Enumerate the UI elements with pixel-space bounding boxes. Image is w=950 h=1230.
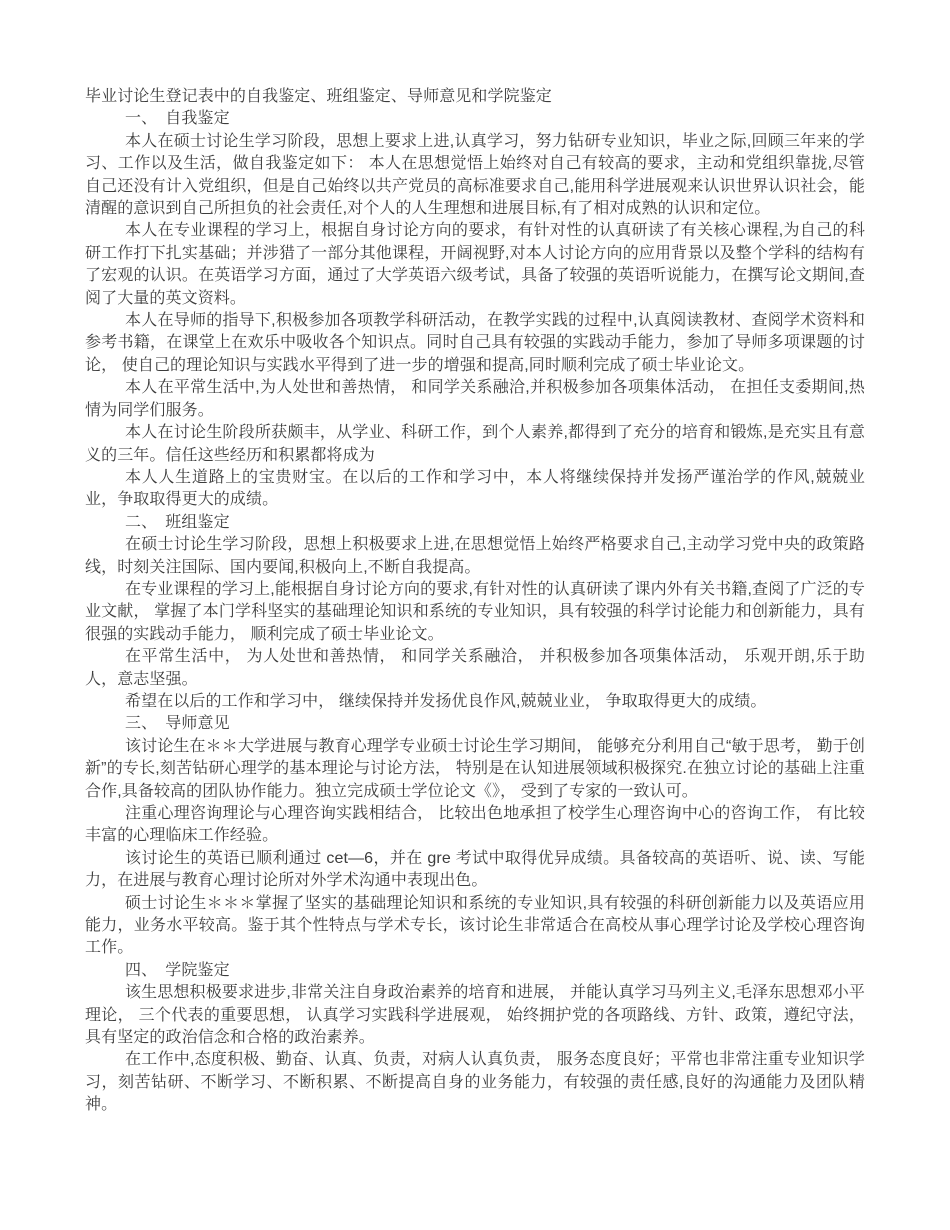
paragraph: 硕士讨论生＊＊＊掌握了坚实的基础理论知识和系统的专业知识,具有较强的科研创新能力… <box>85 893 865 960</box>
paragraph: 该生思想积极要求进步,非常关注自身政治素养的培育和进展， 并能认真学习马列主义,… <box>85 982 865 1049</box>
paragraph: 本人在导师的指导下,积极参加各项教学科研活动，在教学实践的过程中,认真阅读教材、… <box>85 310 865 377</box>
paragraph: 本人人生道路上的宝贵财宝。在以后的工作和学习中，本人将继续保持并发扬严谨治学的作… <box>85 467 865 512</box>
paragraph: 本人在硕士讨论生学习阶段，思想上要求上进,认真学习，努力钻研专业知识，毕业之际,… <box>85 131 865 221</box>
paragraph: 本人在平常生活中,为人处世和善热情， 和同学关系融洽,并积极参加各项集体活动， … <box>85 377 865 422</box>
paragraph: 该讨论生在＊＊大学进展与教育心理学专业硕士讨论生学习期间， 能够充分利用自己“敏… <box>85 736 865 803</box>
document-sections: 一、 自我鉴定本人在硕士讨论生学习阶段，思想上要求上进,认真学习，努力钻研专业知… <box>85 108 865 1116</box>
paragraph: 在工作中,态度积极、勤奋、认真、负责，对病人认真负责， 服务态度良好；平常也非常… <box>85 1049 865 1116</box>
paragraph: 注重心理咨询理论与心理咨询实践相结合， 比较出色地承担了校学生心理咨询中心的咨询… <box>85 803 865 848</box>
section-heading: 二、 班组鉴定 <box>85 512 865 534</box>
paragraph: 该讨论生的英语已顺利通过 cet—6，并在 gre 考试中取得优异成绩。具备较高… <box>85 848 865 893</box>
paragraph: 在平常生活中， 为人处世和善热情， 和同学关系融洽， 并积极参加各项集体活动， … <box>85 646 865 691</box>
document-body: 毕业讨论生登记表中的自我鉴定、班组鉴定、导师意见和学院鉴定 一、 自我鉴定本人在… <box>85 86 865 1117</box>
section-heading: 四、 学院鉴定 <box>85 960 865 982</box>
paragraph: 希望在以后的工作和学习中， 继续保持并发扬优良作风,兢兢业业， 争取取得更大的成… <box>85 691 865 713</box>
page: { "page": { "background_color": "#ffffff… <box>0 0 950 1230</box>
paragraph: 在专业课程的学习上,能根据自身讨论方向的要求,有针对性的认真研读了课内外有关书籍… <box>85 579 865 646</box>
section-heading: 三、 导师意见 <box>85 713 865 735</box>
section-heading: 一、 自我鉴定 <box>85 108 865 130</box>
paragraph: 在硕士讨论生学习阶段，思想上积极要求上进,在思想觉悟上始终严格要求自己,主动学习… <box>85 534 865 579</box>
paragraph: 本人在讨论生阶段所获颇丰，从学业、科研工作，到个人素养,都得到了充分的培育和锻炼… <box>85 422 865 467</box>
paragraph: 本人在专业课程的学习上，根据自身讨论方向的要求，有针对性的认真研读了有关核心课程… <box>85 220 865 310</box>
document-title: 毕业讨论生登记表中的自我鉴定、班组鉴定、导师意见和学院鉴定 <box>85 86 865 108</box>
